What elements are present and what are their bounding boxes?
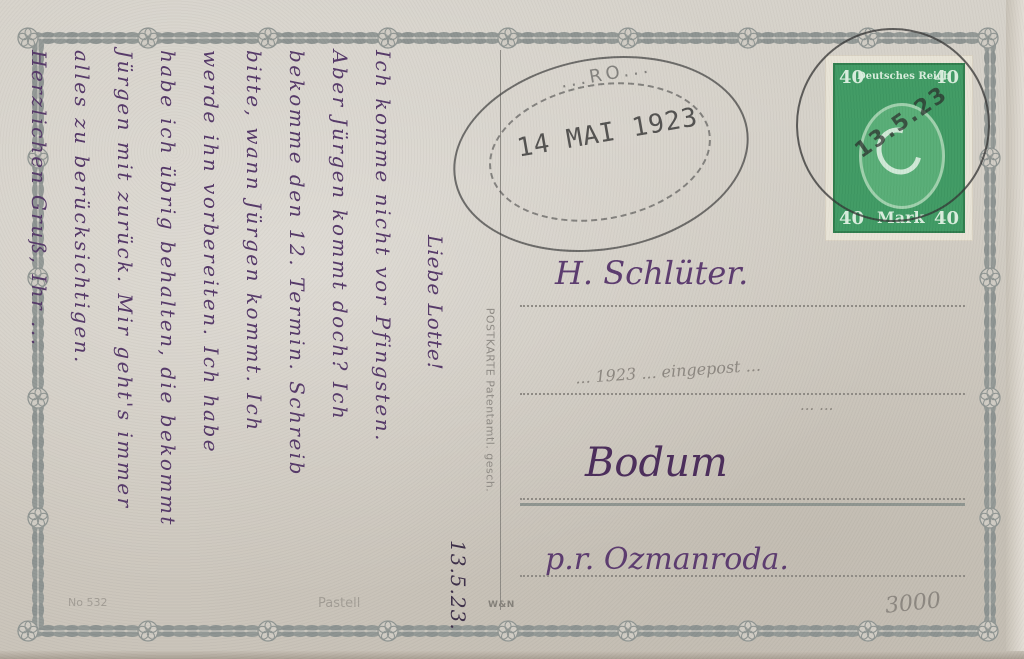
address-town: Bodum <box>585 440 728 486</box>
rosette-ornament-icon <box>979 507 1001 529</box>
card-edge-bottom <box>0 651 1024 659</box>
rosette-ornament-icon <box>979 267 1001 289</box>
address-line-3-underline <box>520 503 965 506</box>
address-line-3-dotted <box>520 498 965 500</box>
rosette-ornament-icon <box>377 27 399 49</box>
message-line: alles zu berücksichtigen. <box>70 50 94 365</box>
rosette-ornament-icon <box>977 620 999 642</box>
rosette-ornament-icon <box>137 27 159 49</box>
message-line: Jürgen mit zurück. Mir geht's immer <box>113 50 137 510</box>
message-line: habe ich übrig behalten, die bekommt <box>156 50 180 527</box>
address-region: p.r. Ozmanroda. <box>545 542 789 577</box>
series-number: No 532 <box>68 596 107 609</box>
address-line-1 <box>520 305 965 307</box>
rosette-ornament-icon <box>27 387 49 409</box>
message-line: bekomme den 12. Termin. Schreib <box>285 50 309 477</box>
publisher-monogram: W&N <box>488 600 515 610</box>
address-name: H. Schlüter. <box>555 254 748 292</box>
address-line-2 <box>520 393 965 395</box>
message-date: 13.5.23. <box>446 540 470 631</box>
series-name: Pastell <box>318 596 360 611</box>
rosette-ornament-icon <box>17 620 39 642</box>
postkarte-label: POSTKARTE Patentamtl. gesch. <box>484 308 497 493</box>
rosette-ornament-icon <box>737 620 759 642</box>
message-greeting: Liebe Lotte! <box>423 235 447 371</box>
rosette-ornament-icon <box>17 27 39 49</box>
card-edge <box>1006 0 1024 659</box>
address-line-4 <box>520 575 965 577</box>
rosette-ornament-icon <box>497 27 519 49</box>
rosette-ornament-icon <box>979 387 1001 409</box>
message-line: Ich komme nicht vor Pfingsten. <box>371 50 395 443</box>
rosette-ornament-icon <box>257 27 279 49</box>
pencil-price: 3000 <box>884 588 942 619</box>
message-line: Herzlichen Gruß, Ihr ... <box>27 50 51 348</box>
message-line: Aber Jürgen kommt doch? Ich <box>328 50 352 421</box>
rosette-ornament-icon <box>737 27 759 49</box>
address-pencil-note-2: ... ... <box>800 396 833 414</box>
stamp-value-bottom-right: 40 <box>934 208 959 229</box>
rosette-ornament-icon <box>857 620 879 642</box>
rosette-ornament-icon <box>27 507 49 529</box>
rosette-ornament-icon <box>617 620 639 642</box>
rosette-ornament-icon <box>977 27 999 49</box>
message-line: bitte, wann Jürgen kommt. Ich <box>242 50 266 433</box>
address-pencil-note: ... 1923 ... eingepost ... <box>575 356 762 388</box>
rosette-ornament-icon <box>497 620 519 642</box>
rosette-ornament-icon <box>377 620 399 642</box>
postcard: Ich komme nicht vor Pfingsten.Aber Jürge… <box>0 0 1024 659</box>
rosette-ornament-icon <box>617 27 639 49</box>
message-line: werde ihn vorbereiten. Ich habe <box>199 50 223 454</box>
rosette-ornament-icon <box>257 620 279 642</box>
rosette-ornament-icon <box>137 620 159 642</box>
